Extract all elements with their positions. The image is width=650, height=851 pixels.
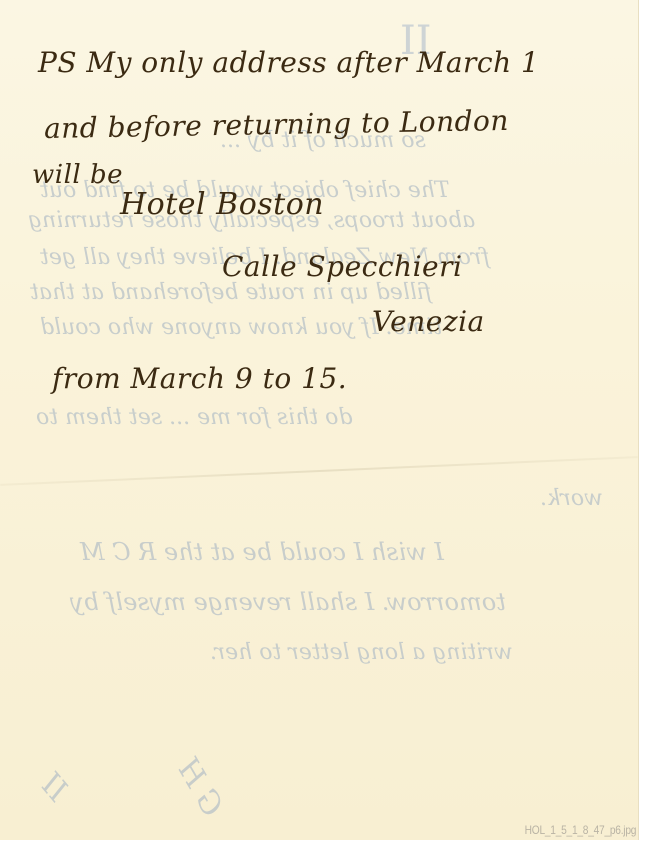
bleed-through-line: do this for me ... set them to	[36, 405, 353, 430]
postscript-dates: from March 9 to 15.	[52, 362, 347, 395]
bleed-through-line: tomorrow. I shall revenge myself by	[70, 588, 506, 616]
bleed-through-line: I wish I could be at the R C M	[80, 538, 444, 566]
postscript-line-2: and before returning to London	[44, 104, 509, 145]
postscript-line-1: PS My only address after March 1	[38, 46, 539, 79]
bleed-through-line: filled up in route beforehand at that	[30, 280, 432, 305]
postscript-line-3: will be	[32, 160, 123, 190]
bleed-through-line: writing a long letter to her.	[210, 640, 513, 665]
address-city: Venezia	[372, 305, 485, 338]
paper-fold-crease	[0, 456, 637, 486]
letter-page: II so much of it by ... The chief object…	[0, 0, 639, 840]
filename-label: HOL_1_5_1_8_47_p6.jpg	[525, 823, 636, 837]
address-street: Calle Specchieri	[222, 250, 462, 283]
bleed-through-signature: G H	[170, 753, 230, 822]
bleed-through-line: work.	[540, 486, 603, 511]
bleed-through-page-number: II	[33, 767, 75, 808]
address-hotel: Hotel Boston	[120, 187, 324, 222]
